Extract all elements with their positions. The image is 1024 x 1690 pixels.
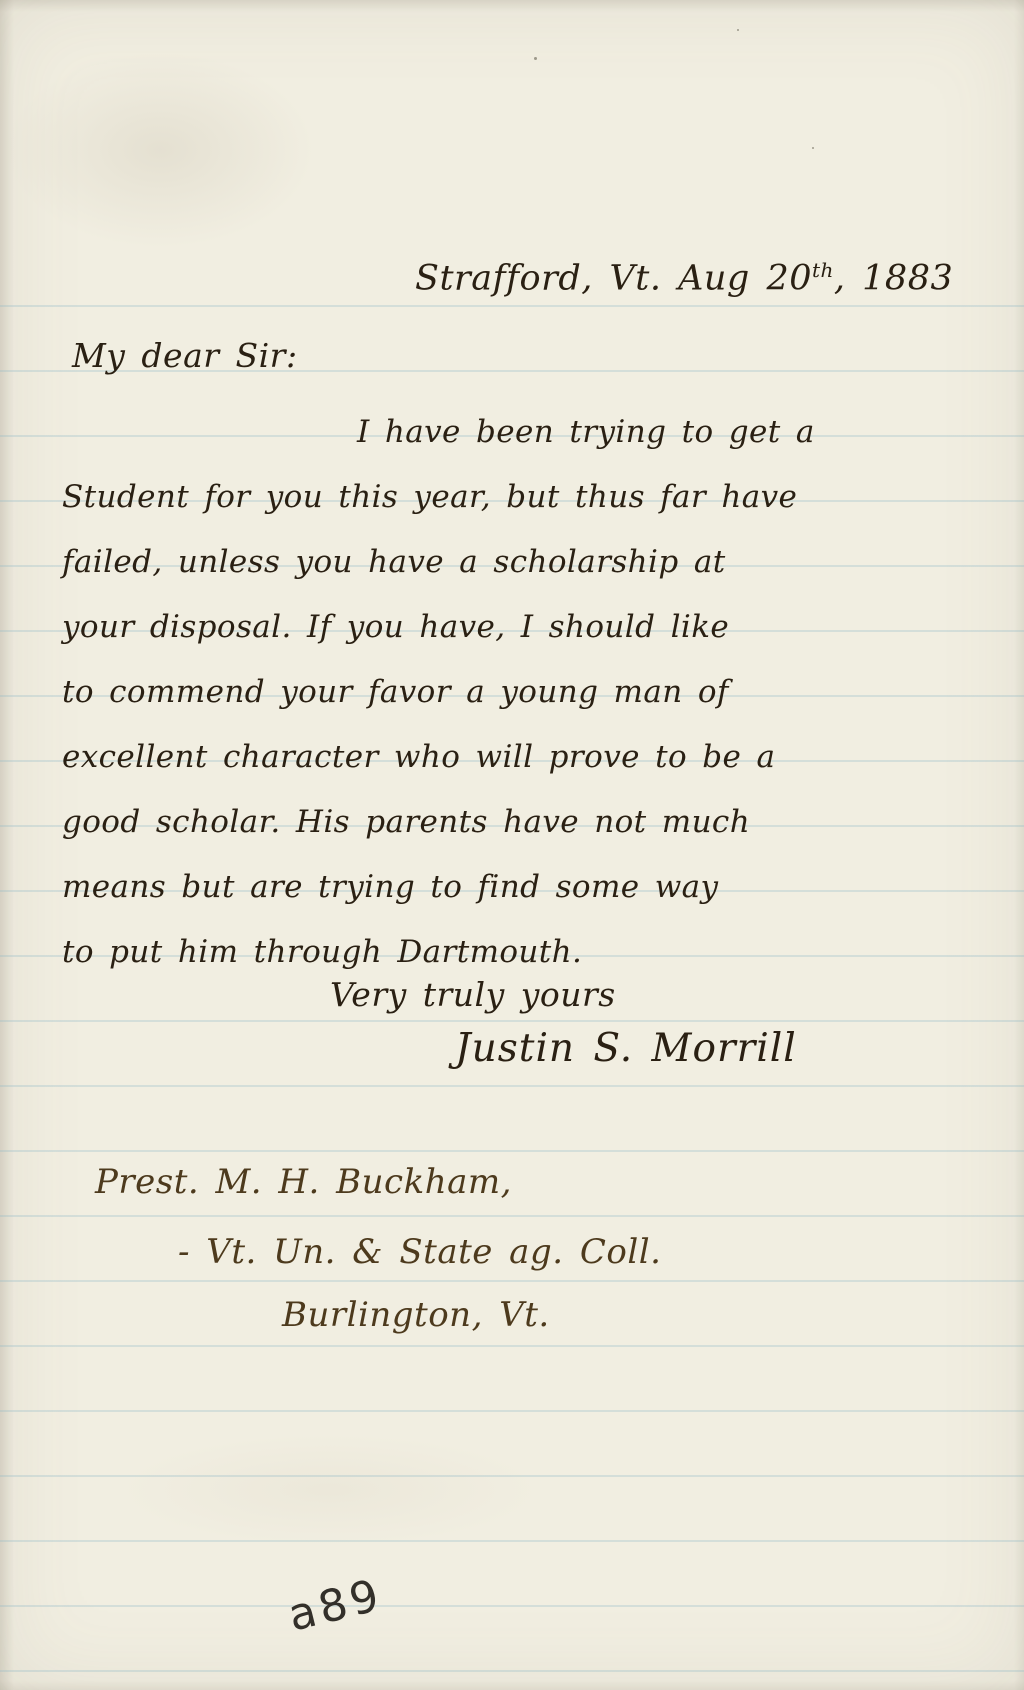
body-line: your disposal. If you have, I should lik… (62, 595, 942, 660)
closing: Very truly yours (330, 975, 616, 1014)
letter-body: I have been trying to get a Student for … (62, 400, 942, 985)
signature: Justin S. Morrill (455, 1026, 797, 1071)
body-line: failed, unless you have a scholarship at (62, 530, 942, 595)
dateline: Strafford, Vt. Aug 20th, 1883 (415, 258, 953, 299)
paper-speck (812, 147, 814, 149)
dateline-year: , 1883 (834, 259, 953, 299)
recipient-institution: - Vt. Un. & State ag. Coll. (178, 1232, 661, 1272)
body-line: good scholar. His parents have not much (62, 790, 942, 855)
body-line: Student for you this year, but thus far … (62, 465, 942, 530)
body-line: means but are trying to find some way (62, 855, 942, 920)
paper-speck (737, 29, 739, 31)
recipient-city: Burlington, Vt. (282, 1295, 550, 1335)
paper-speck (534, 57, 537, 60)
dateline-ordinal-superscript: th (812, 258, 834, 282)
salutation: My dear Sir: (72, 336, 298, 375)
recipient-name: Prest. M. H. Buckham, (95, 1162, 512, 1202)
body-line: excellent character who will prove to be… (62, 725, 942, 790)
body-line: to commend your favor a young man of (62, 660, 942, 725)
dateline-place-date: Strafford, Vt. Aug 20 (415, 259, 812, 299)
body-line: I have been trying to get a (62, 400, 942, 465)
